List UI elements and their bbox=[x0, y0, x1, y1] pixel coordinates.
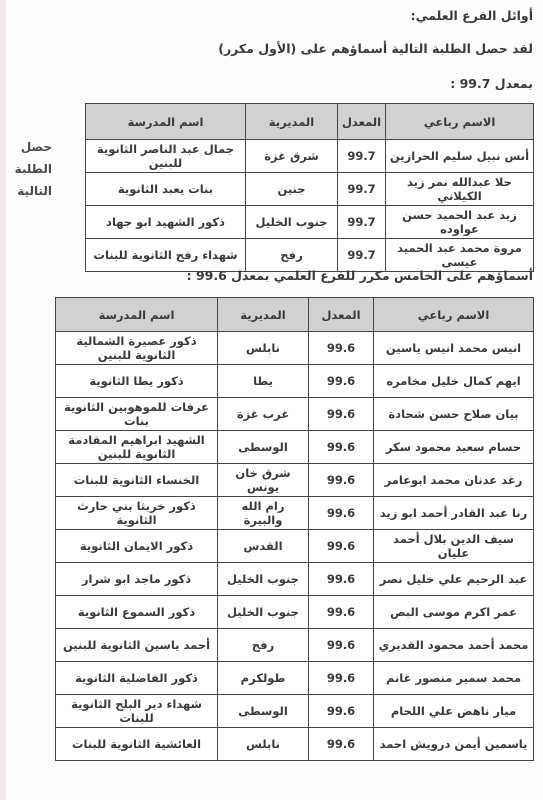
table-row: حسام سعيد محمود سكر99.6الوسطىالشهيد ابرا… bbox=[56, 431, 534, 464]
document-page: { "page": { "background": "#fdfdfd", "ed… bbox=[0, 0, 543, 800]
cell-school: ذكور الفاضلية الثانوية bbox=[56, 662, 218, 695]
cell-name: حسام سعيد محمود سكر bbox=[374, 431, 534, 464]
cell-directorate: جنين bbox=[246, 173, 338, 206]
cell-school: ذكور الشهيد ابو جهاد bbox=[86, 206, 246, 239]
cell-name: مروة محمد عبد الحميد عيسى bbox=[386, 239, 534, 272]
side-wrapped-text: حصل الطلبة التالية bbox=[8, 136, 52, 202]
cell-name: سيف الدين بلال أحمد عليان bbox=[374, 530, 534, 563]
cell-avg: 99.6 bbox=[309, 662, 374, 695]
table-row: عمر اكرم موسى البص99.6جنوب الخليلذكور ال… bbox=[56, 596, 534, 629]
cell-avg: 99.6 bbox=[309, 728, 374, 761]
col-header-avg: المعدل bbox=[309, 298, 374, 332]
cell-directorate: جنوب الخليل bbox=[218, 563, 309, 596]
cell-name: بيان صلاح حسن شحادة bbox=[374, 398, 534, 431]
table-row: ايهم كمال خليل مخامره99.6يطاذكور يطا الث… bbox=[56, 365, 534, 398]
col-header-school: اسم المدرسة bbox=[56, 298, 218, 332]
cell-name: عمر اكرم موسى البص bbox=[374, 596, 534, 629]
cell-avg: 99.6 bbox=[309, 365, 374, 398]
table-row: أنس نبيل سليم الحرازين99.7شرق غزةجمال عب… bbox=[86, 140, 534, 173]
cell-school: شهداء رفح الثانوية للبنات bbox=[86, 239, 246, 272]
cell-name: حلا عبدالله نمر زيد الكيلاني bbox=[386, 173, 534, 206]
cell-directorate: الوسطى bbox=[218, 431, 309, 464]
table-row: زيد عبد الحميد حسن عواوده99.7جنوب الخليل… bbox=[86, 206, 534, 239]
cell-directorate: يطا bbox=[218, 365, 309, 398]
table-row: رغد عدنان محمد ابوعامر99.6شرق خان يونسال… bbox=[56, 464, 534, 497]
cell-name: زيد عبد الحميد حسن عواوده bbox=[386, 206, 534, 239]
cell-avg: 99.7 bbox=[338, 206, 386, 239]
col-header-avg: المعدل bbox=[338, 104, 386, 140]
table-row: مروة محمد عبد الحميد عيسى99.7رفحشهداء رف… bbox=[86, 239, 534, 272]
side-word: حصل bbox=[8, 136, 52, 158]
col-header-directorate: المديرية bbox=[246, 104, 338, 140]
cell-school: عرفات للموهوبين الثانوية بنات bbox=[56, 398, 218, 431]
table-row: انيس محمد انيس ياسين99.6نابلسذكور عصيرة … bbox=[56, 332, 534, 365]
table-row: حلا عبدالله نمر زيد الكيلاني99.7جنينبنات… bbox=[86, 173, 534, 206]
side-word: الطلبة bbox=[8, 158, 52, 180]
cell-school: أحمد ياسين الثانوية للبنين bbox=[56, 629, 218, 662]
cell-name: محمد سمير منصور غانم bbox=[374, 662, 534, 695]
cell-avg: 99.7 bbox=[338, 140, 386, 173]
cell-directorate: نابلس bbox=[218, 332, 309, 365]
table-row: بيان صلاح حسن شحادة99.6غرب غزةعرفات للمو… bbox=[56, 398, 534, 431]
col-header-directorate: المديرية bbox=[218, 298, 309, 332]
cell-avg: 99.7 bbox=[338, 173, 386, 206]
cell-school: ذكور عصيرة الشمالية الثانوية للبنين bbox=[56, 332, 218, 365]
table-row: سيف الدين بلال أحمد عليان99.6القدسذكور ا… bbox=[56, 530, 534, 563]
cell-school: ذكور الايمان الثانوية bbox=[56, 530, 218, 563]
cell-school: شهداء دير البلح الثانوية للبنات bbox=[56, 695, 218, 728]
cell-directorate: شرق خان يونس bbox=[218, 464, 309, 497]
page-edge-strip bbox=[0, 0, 6, 800]
table-row: عبد الرحيم علي خليل نصر99.6جنوب الخليلذك… bbox=[56, 563, 534, 596]
cell-avg: 99.6 bbox=[309, 332, 374, 365]
cell-school: جمال عبد الناصر الثانوية للبنين bbox=[86, 140, 246, 173]
cell-directorate: غرب غزة bbox=[218, 398, 309, 431]
cell-school: ذكور خربثا بني حارث الثانوية bbox=[56, 497, 218, 530]
section-title: أوائل الفرع العلمي: bbox=[411, 8, 533, 23]
cell-name: انيس محمد انيس ياسين bbox=[374, 332, 534, 365]
cell-avg: 99.6 bbox=[309, 563, 374, 596]
cell-directorate: جنوب الخليل bbox=[246, 206, 338, 239]
cell-name: رنا عبد القادر أحمد ابو زيد bbox=[374, 497, 534, 530]
table-row: محمد سمير منصور غانم99.6طولكرمذكور الفاض… bbox=[56, 662, 534, 695]
header-row: الاسم رباعيالمعدلالمديريةاسم المدرسة bbox=[86, 104, 534, 140]
cell-name: ياسمين أيمن درويش احمد bbox=[374, 728, 534, 761]
table-row: ياسمين أيمن درويش احمد99.6نابلسالعائشية … bbox=[56, 728, 534, 761]
col-header-name: الاسم رباعي bbox=[386, 104, 534, 140]
cell-name: ميار ناهض علي اللحام bbox=[374, 695, 534, 728]
cell-school: ذكور ماجد ابو شرار bbox=[56, 563, 218, 596]
cell-avg: 99.6 bbox=[309, 596, 374, 629]
cell-avg: 99.6 bbox=[309, 398, 374, 431]
cell-directorate: رفح bbox=[246, 239, 338, 272]
average-line-99-7: بمعدل 99.7 : bbox=[450, 76, 533, 91]
cell-avg: 99.6 bbox=[309, 530, 374, 563]
cell-directorate: نابلس bbox=[218, 728, 309, 761]
cell-school: ذكور يطا الثانوية bbox=[56, 365, 218, 398]
average-line-99-6: أسماؤهم على الخامس مكرر للفرع العلمي بمع… bbox=[187, 268, 533, 283]
cell-name: رغد عدنان محمد ابوعامر bbox=[374, 464, 534, 497]
table-row: ميار ناهض علي اللحام99.6الوسطىشهداء دير … bbox=[56, 695, 534, 728]
col-header-name: الاسم رباعي bbox=[374, 298, 534, 332]
cell-avg: 99.6 bbox=[309, 629, 374, 662]
side-word: التالية bbox=[8, 180, 52, 202]
top-students-99-7-table: الاسم رباعيالمعدلالمديريةاسم المدرسةأنس … bbox=[85, 103, 534, 272]
col-header-school: اسم المدرسة bbox=[86, 104, 246, 140]
cell-school: بنات يعبد الثانوية bbox=[86, 173, 246, 206]
table-row: رنا عبد القادر أحمد ابو زيد99.6رام الله … bbox=[56, 497, 534, 530]
cell-avg: 99.6 bbox=[309, 431, 374, 464]
cell-school: الخنساء الثانوية للبنات bbox=[56, 464, 218, 497]
cell-school: الشهيد ابراهيم المقادمة الثانوية للبنين bbox=[56, 431, 218, 464]
cell-school: ذكور السموع الثانوية bbox=[56, 596, 218, 629]
table-row: محمد أحمد محمود القديري99.6رفحأحمد ياسين… bbox=[56, 629, 534, 662]
cell-avg: 99.6 bbox=[309, 497, 374, 530]
cell-directorate: طولكرم bbox=[218, 662, 309, 695]
cell-directorate: رام الله والبيرة bbox=[218, 497, 309, 530]
cell-avg: 99.7 bbox=[338, 239, 386, 272]
cell-directorate: شرق غزة bbox=[246, 140, 338, 173]
cell-avg: 99.6 bbox=[309, 464, 374, 497]
cell-name: أنس نبيل سليم الحرازين bbox=[386, 140, 534, 173]
cell-directorate: رفح bbox=[218, 629, 309, 662]
top-students-99-6-table: الاسم رباعيالمعدلالمديريةاسم المدرسةانيس… bbox=[55, 297, 534, 761]
cell-avg: 99.6 bbox=[309, 695, 374, 728]
cell-name: عبد الرحيم علي خليل نصر bbox=[374, 563, 534, 596]
intro-sentence: لقد حصل الطلبة التالية أسماؤهم على (الأو… bbox=[218, 41, 533, 56]
header-row: الاسم رباعيالمعدلالمديريةاسم المدرسة bbox=[56, 298, 534, 332]
cell-school: العائشية الثانوية للبنات bbox=[56, 728, 218, 761]
cell-name: ايهم كمال خليل مخامره bbox=[374, 365, 534, 398]
cell-name: محمد أحمد محمود القديري bbox=[374, 629, 534, 662]
cell-directorate: القدس bbox=[218, 530, 309, 563]
cell-directorate: جنوب الخليل bbox=[218, 596, 309, 629]
cell-directorate: الوسطى bbox=[218, 695, 309, 728]
